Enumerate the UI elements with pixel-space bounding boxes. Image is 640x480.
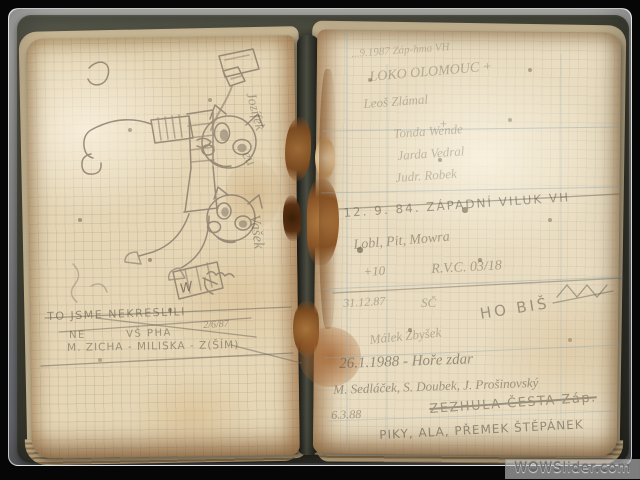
- handwritten-entry: SČ: [421, 296, 436, 309]
- footer-note-right: VŠ PHA: [126, 328, 172, 340]
- notebook-photo: W Jozífek eu Vašek TO J: [8, 8, 632, 466]
- handwritten-entry: +10: [363, 264, 385, 278]
- handwritten-entry: 31.12.87: [343, 295, 386, 309]
- slider-frame: { "watermark": { "label": "WOWSlider.com…: [0, 0, 640, 480]
- footer-note-left: NE: [69, 331, 86, 341]
- handwritten-entry: 6.3.88: [331, 408, 361, 421]
- footer-date: 2/6/87: [203, 320, 229, 331]
- wowslider-watermark-link[interactable]: WOWSlider.com: [505, 459, 640, 479]
- paper-speckles: [9, 9, 11, 11]
